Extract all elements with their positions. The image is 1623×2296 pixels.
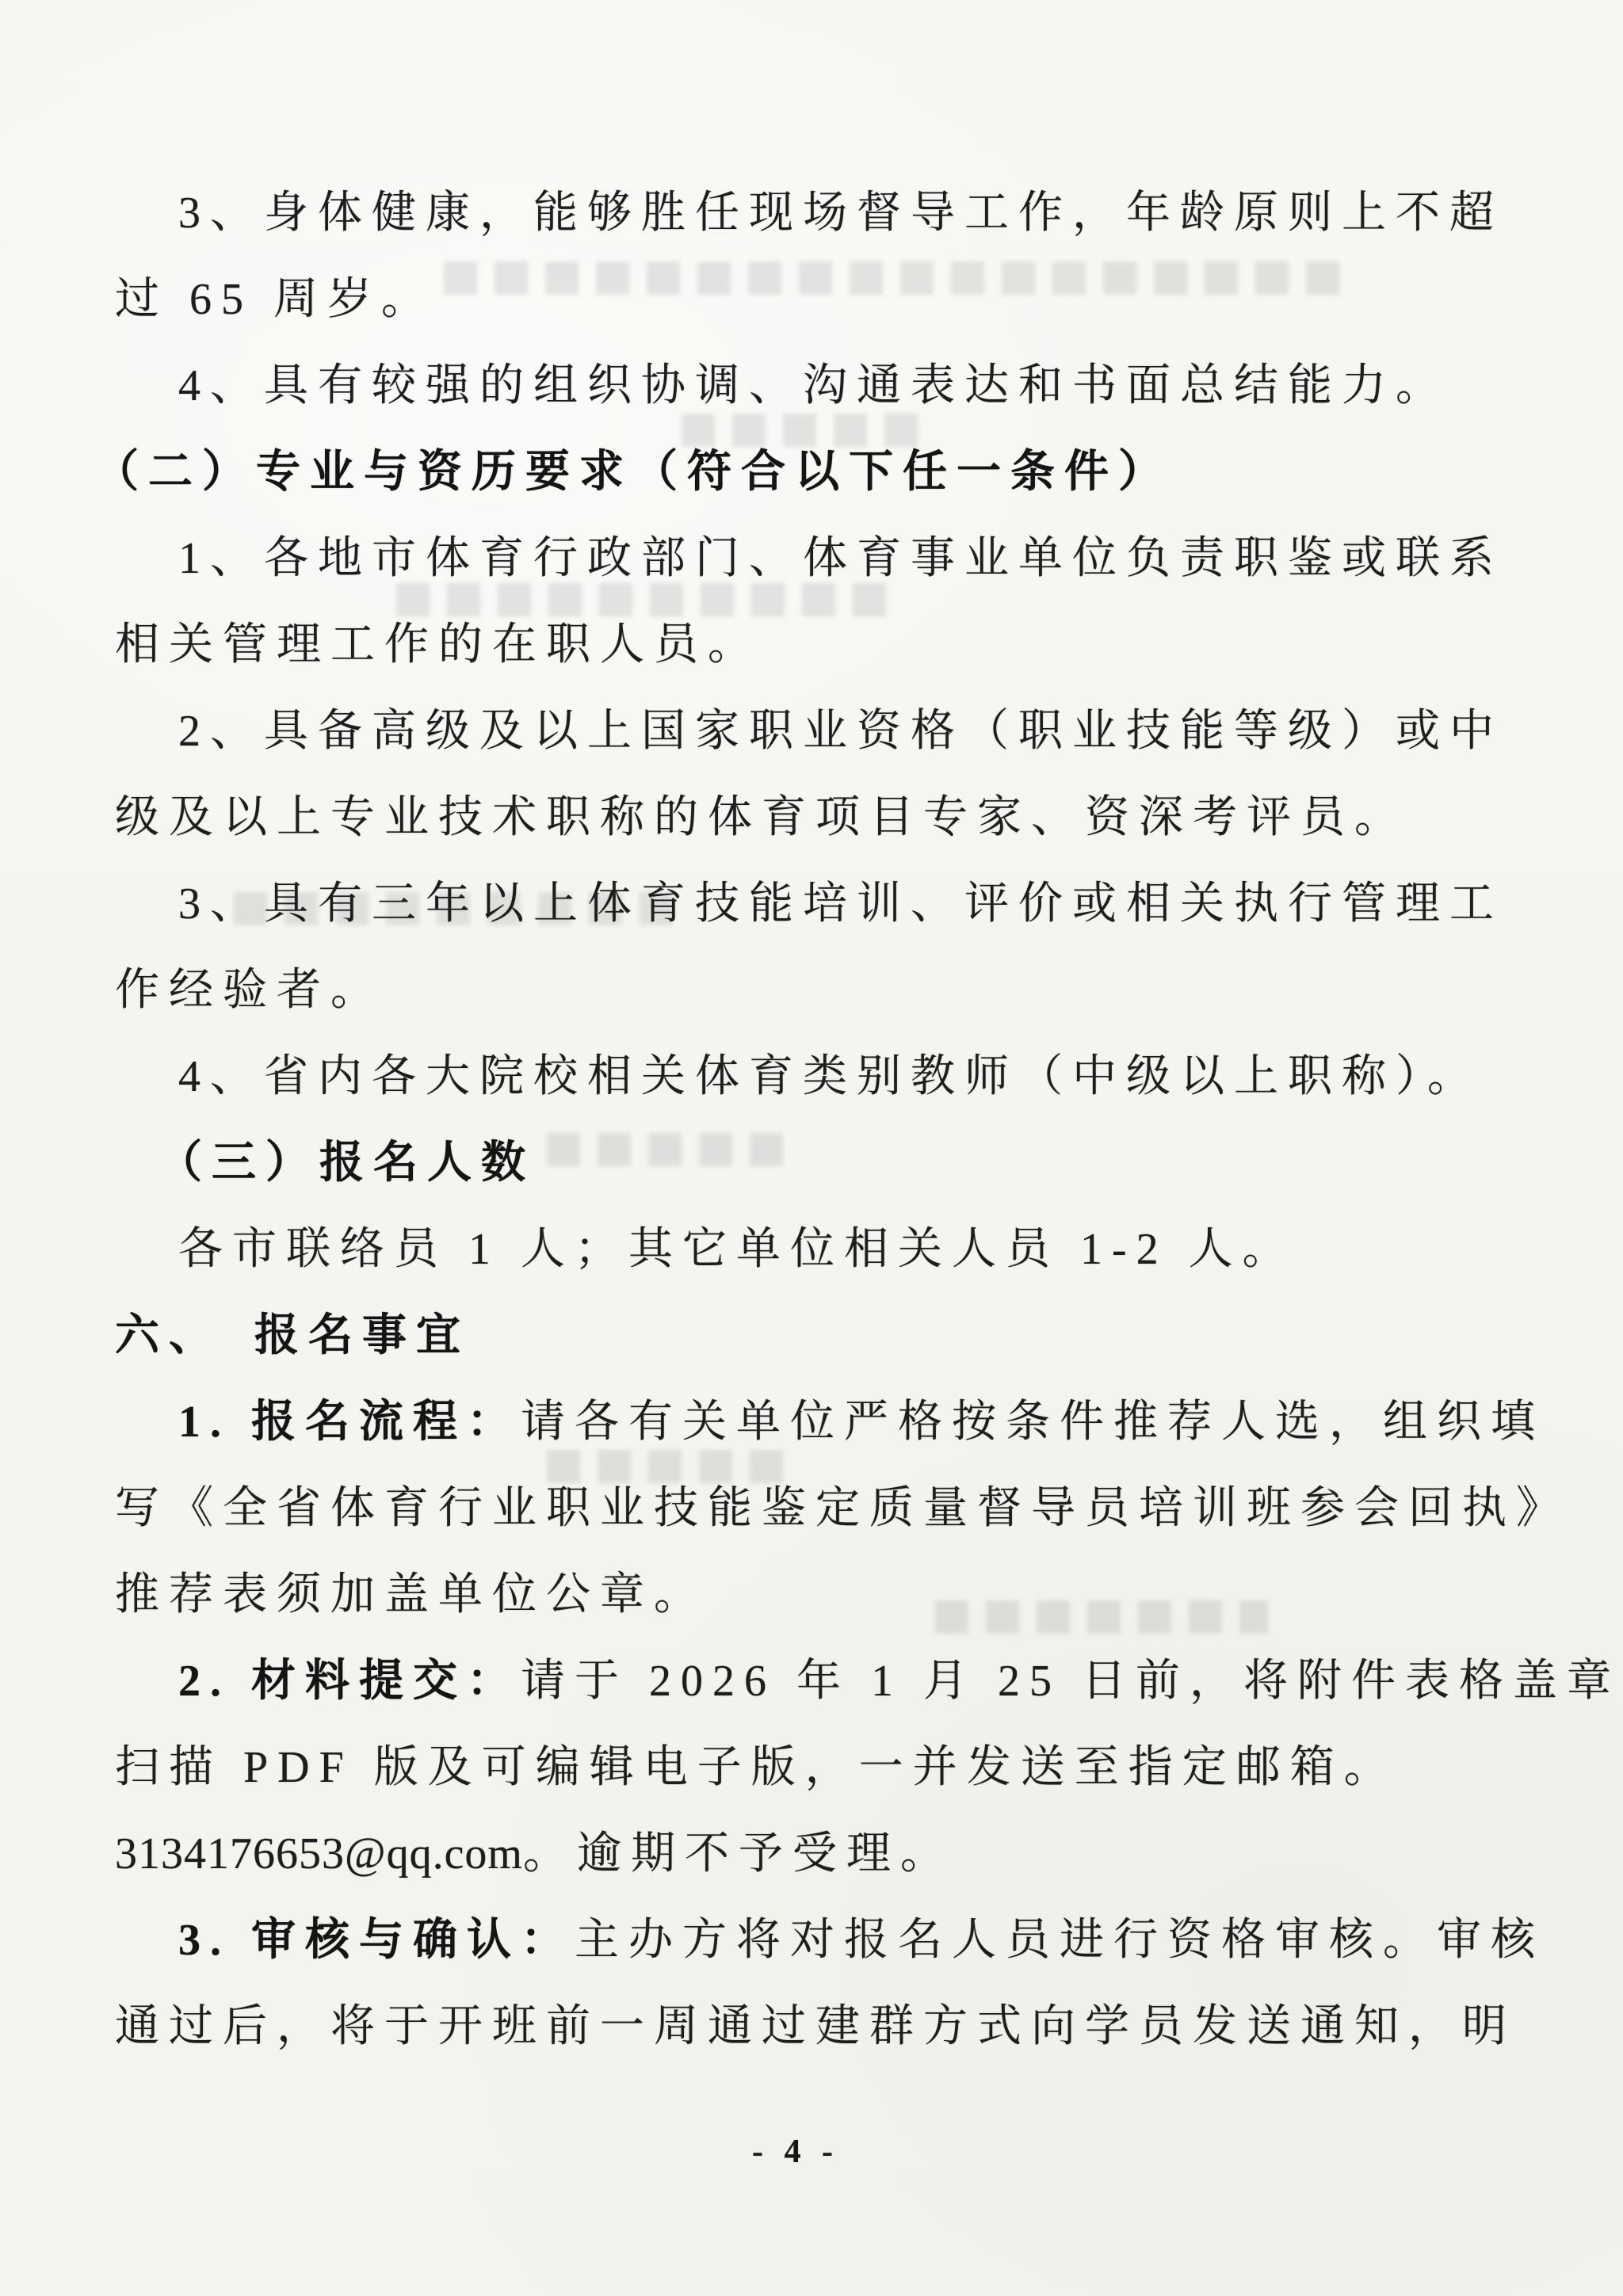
registration-process-label: 1. 报名流程： (178, 1398, 521, 1447)
section-heading-applicant-count: （三）报名人数 (94, 1120, 1623, 1207)
doc-line-material-submission: 2. 材料提交：请于 2026 年 1 月 25 日前，将附件表格盖章 (115, 1638, 1623, 1725)
doc-line-age-limit: 过 65 周岁。 (115, 257, 1623, 343)
doc-line-senior-certificate: 2、具备高级及以上国家职业资格（职业技能等级）或中 (115, 688, 1623, 775)
registration-process-text: 请各有关单位严格按条件推荐人选，组织填 (521, 1398, 1545, 1447)
material-submission-text: 请于 2026 年 1 月 25 日前，将附件表格盖章 (521, 1657, 1621, 1706)
doc-line-admin-staff: 1、各地市体育行政部门、体育事业单位负责职鉴或联系 (115, 516, 1623, 602)
doc-line-senior-certificate-cont: 级及以上专业技术职称的体育项目专家、资深考评员。 (115, 775, 1623, 861)
doc-line-college-teachers: 4、省内各大院校相关体育类别教师（中级以上职称）。 (115, 1034, 1623, 1120)
doc-line-three-years-experience: 3、具有三年以上体育技能培训、评价或相关执行管理工 (115, 861, 1623, 948)
doc-line-three-years-experience-cont: 作经验者。 (115, 948, 1623, 1034)
doc-line-admin-staff-cont: 相关管理工作的在职人员。 (115, 602, 1623, 688)
contact-email: 3134176653@qq.com (115, 1829, 523, 1878)
doc-line-review-confirmation: 3. 审核与确认：主办方将对报名人员进行资格审核。审核 (115, 1897, 1623, 1984)
doc-line-pdf-version: 扫描 PDF 版及可编辑电子版，一并发送至指定邮箱。 (115, 1725, 1623, 1811)
doc-line-quota: 各市联络员 1 人；其它单位相关人员 1-2 人。 (115, 1207, 1623, 1293)
review-confirmation-text: 主办方将对报名人员进行资格审核。审核 (575, 1916, 1545, 1965)
doc-line-coordination-skill: 4、具有较强的组织协调、沟通表达和书面总结能力。 (115, 343, 1623, 429)
doc-line-email-deadline: 3134176653@qq.com。逾期不予受理。 (115, 1811, 1623, 1897)
doc-line-official-seal: 推荐表须加盖单位公章。 (115, 1552, 1623, 1638)
doc-line-health-requirement: 3、身体健康，能够胜任现场督导工作，年龄原则上不超 (115, 170, 1623, 257)
document-body: 3、身体健康，能够胜任现场督导工作，年龄原则上不超 过 65 周岁。 4、具有较… (115, 170, 1623, 2070)
material-submission-label: 2. 材料提交： (178, 1657, 521, 1706)
doc-line-notice-via-group: 通过后，将于开班前一周通过建群方式向学员发送通知，明 (115, 1984, 1623, 2070)
doc-line-registration-process: 1. 报名流程：请各有关单位严格按条件推荐人选，组织填 (115, 1379, 1623, 1466)
deadline-note: 。逾期不予受理。 (523, 1829, 954, 1878)
review-confirmation-label: 3. 审核与确认： (178, 1916, 575, 1965)
scanned-document-page: 3、身体健康，能够胜任现场督导工作，年龄原则上不超 过 65 周岁。 4、具有较… (0, 0, 1623, 2296)
page-number: - 4 - (0, 2133, 1591, 2171)
section-heading-registration: 六、 报名事宜 (115, 1293, 1623, 1379)
section-heading-qualification: （二）专业与资历要求（符合以下任一条件） (94, 429, 1623, 516)
doc-line-receipt-form: 写《全省体育行业职业技能鉴定质量督导员培训班参会回执》 (115, 1466, 1623, 1552)
